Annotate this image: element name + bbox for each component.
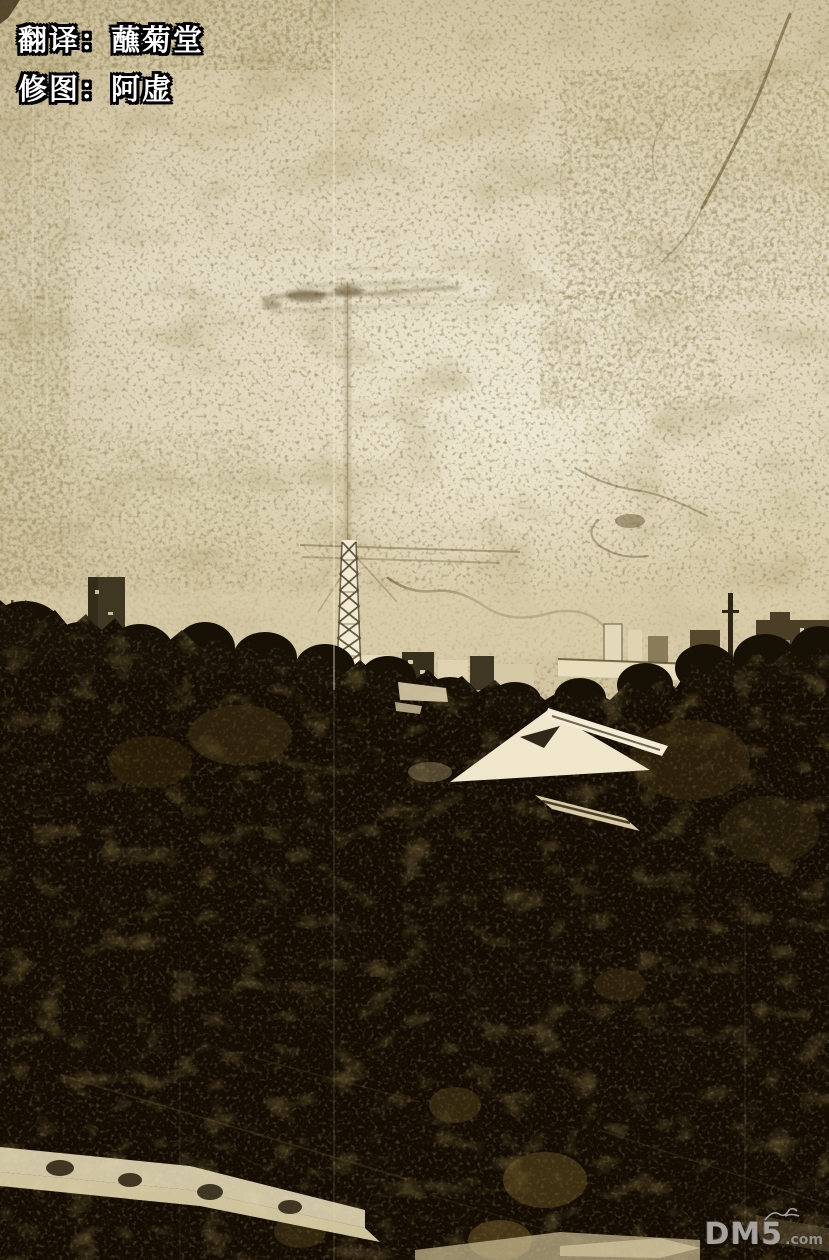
watermark-site-name: DM5	[705, 1217, 784, 1252]
dm5-watermark: DM5 .com	[705, 1217, 823, 1252]
scanlation-credits: 翻译：蘸菊堂 修图：阿虚	[18, 16, 204, 113]
credit-retoucher: 修图：阿虚	[18, 65, 204, 114]
cityscape-photo	[0, 0, 829, 1260]
credit-translator: 翻译：蘸菊堂	[18, 16, 204, 65]
manga-scan-page: 翻译：蘸菊堂 修图：阿虚 DM5 .com	[0, 0, 829, 1260]
watermark-tld: .com	[785, 1232, 823, 1248]
